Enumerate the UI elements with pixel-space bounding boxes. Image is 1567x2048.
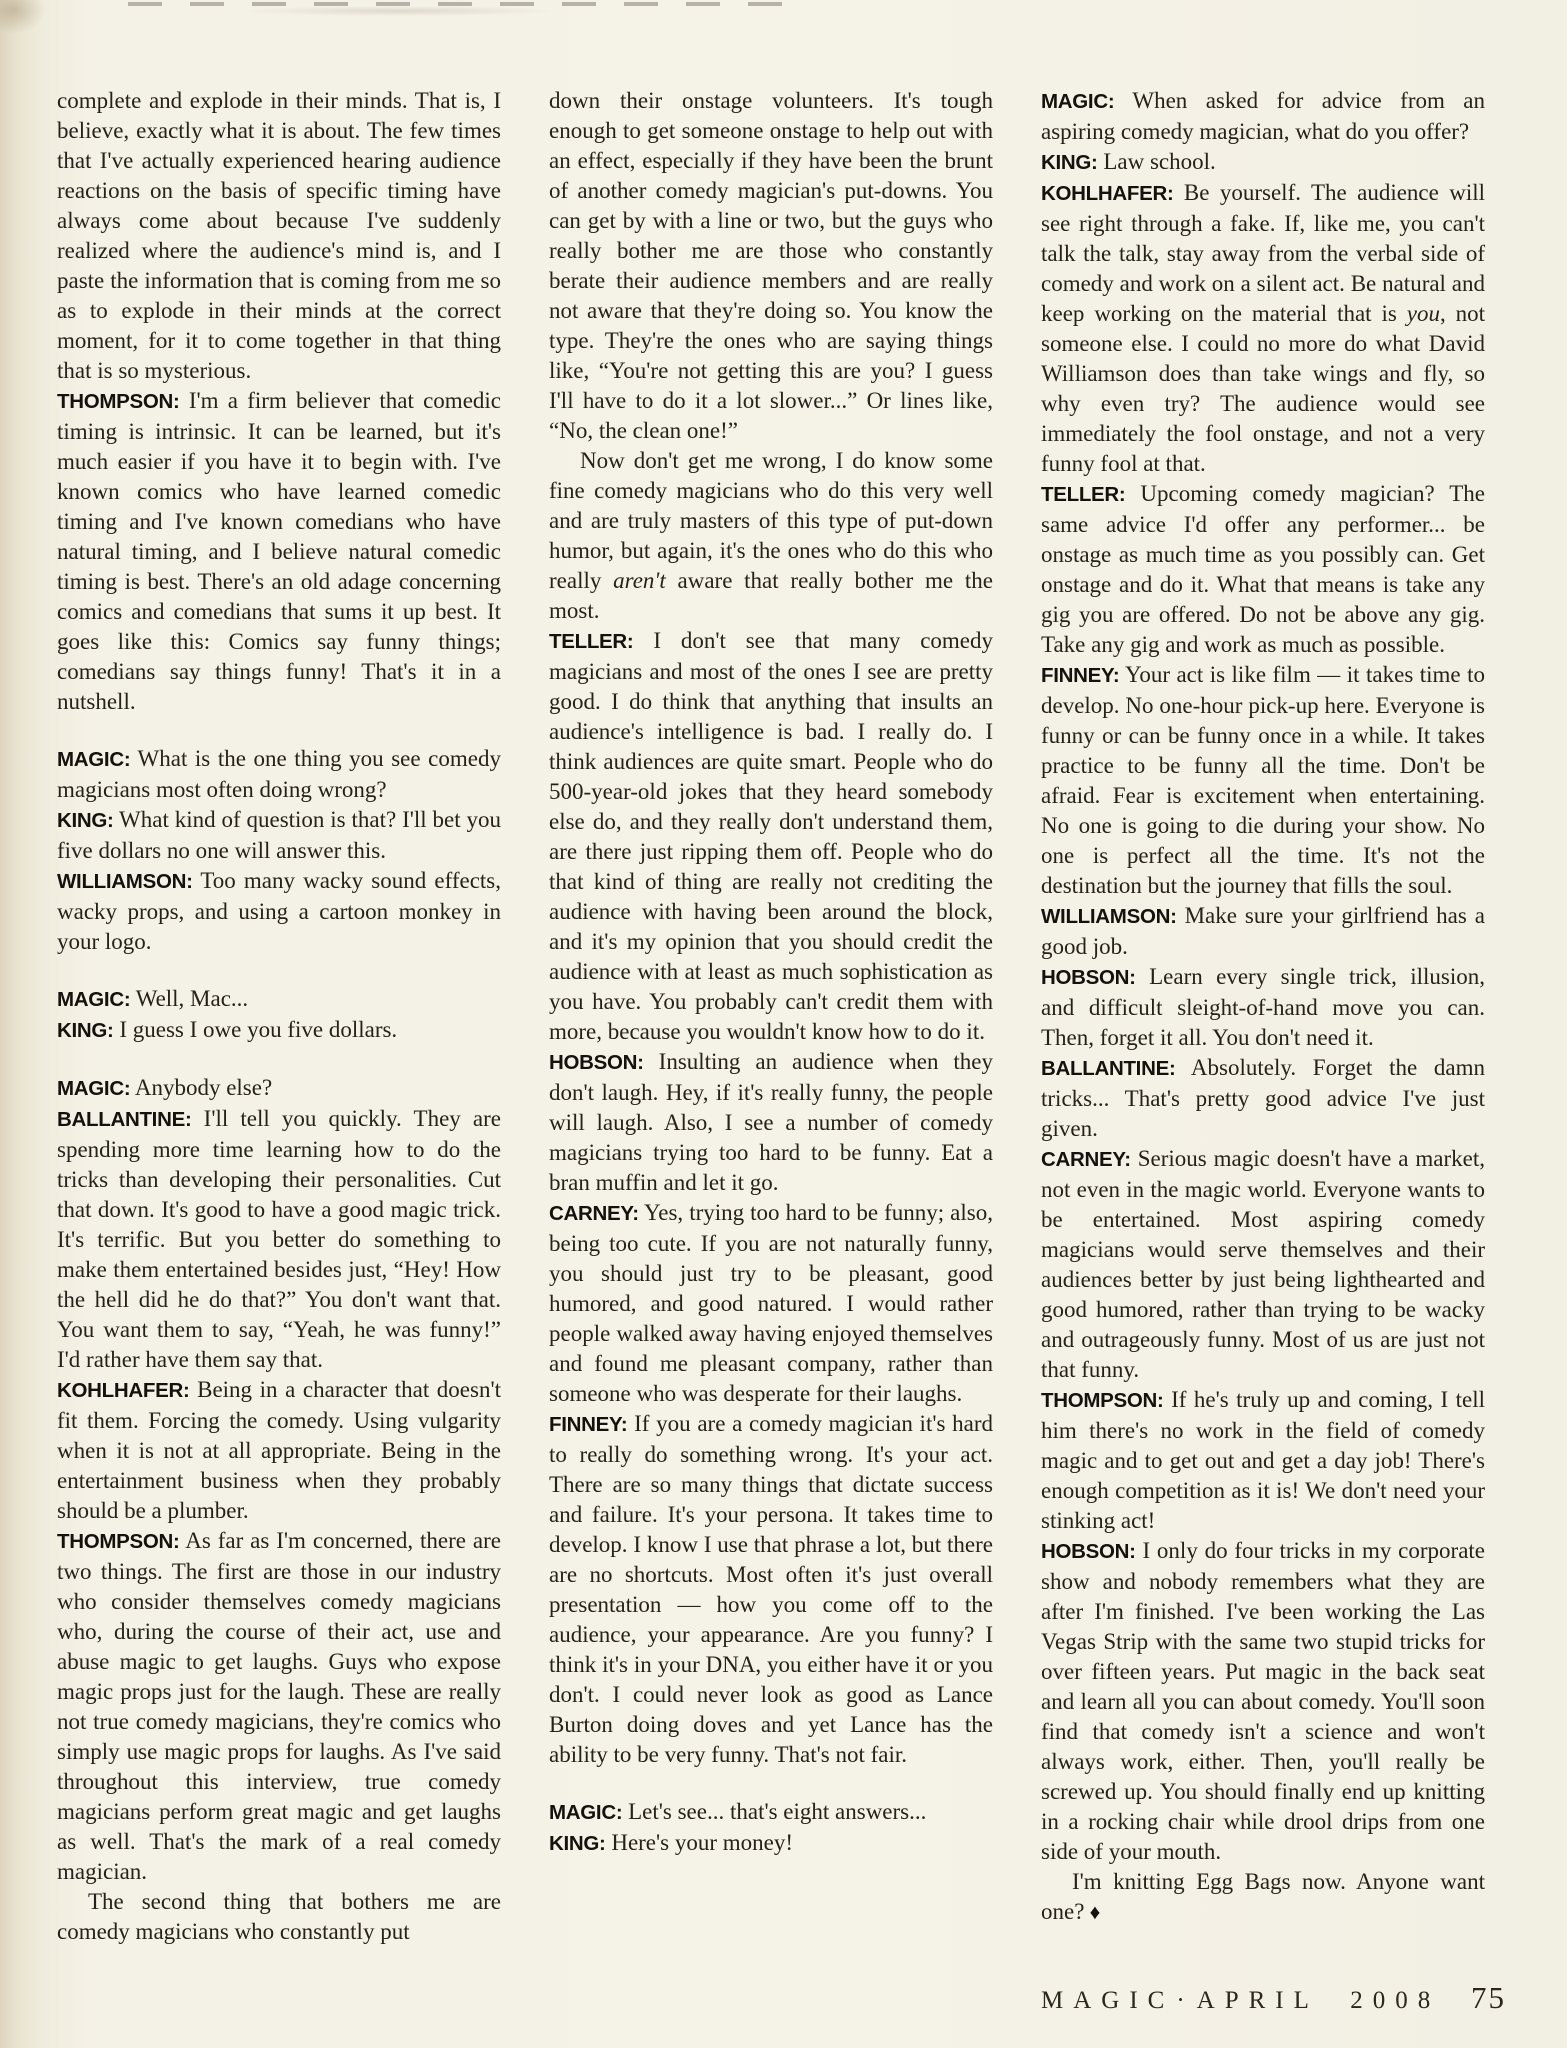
paragraph: MAGIC: What is the one thing you see com… — [57, 744, 501, 805]
paragraph: Now don't get me wrong, I do know some f… — [549, 446, 993, 626]
paragraph-text: complete and explode in their minds. Tha… — [57, 88, 501, 383]
paragraph-text: I guess I owe you five dollars. — [119, 1017, 397, 1042]
speaker-label: MAGIC: — [1041, 90, 1114, 113]
paragraph: THOMPSON: I'm a firm believer that comed… — [57, 386, 501, 717]
speaker-label: CARNEY: — [549, 1202, 639, 1225]
speaker-label: TELLER: — [1041, 483, 1125, 506]
paragraph: KING: What kind of question is that? I'l… — [57, 805, 501, 866]
speaker-label: MAGIC: — [549, 1801, 622, 1824]
italic-text: you — [1407, 301, 1440, 326]
paragraph-text: Here's your money! — [611, 1830, 793, 1855]
paragraph-text: , not someone else. I could no more do w… — [1041, 301, 1485, 476]
paragraph-text: Yes, trying too hard to be funny; also, … — [549, 1200, 993, 1406]
paragraph: CARNEY: Yes, trying too hard to be funny… — [549, 1198, 993, 1409]
paragraph: MAGIC: When asked for advice from an asp… — [1041, 86, 1485, 147]
speaker-label: KING: — [57, 1019, 114, 1042]
speaker-label: KING: — [57, 809, 114, 832]
paragraph-text: Your act is like film — it takes time to… — [1041, 662, 1485, 898]
paragraph-text: Anybody else? — [135, 1075, 272, 1100]
paragraph-text: Law school. — [1103, 149, 1215, 174]
footer-separator-dot: · — [1174, 1987, 1196, 2014]
speaker-label: THOMPSON: — [57, 390, 180, 413]
paragraph: CARNEY: Serious magic doesn't have a mar… — [1041, 1144, 1485, 1385]
end-of-article-diamond-icon: ♦ — [1084, 1900, 1100, 1924]
speaker-label: THOMPSON: — [57, 1530, 180, 1553]
column-2: down their onstage volunteers. It's toug… — [549, 86, 993, 1859]
speaker-label: FINNEY: — [549, 1413, 627, 1436]
paragraph: KING: Law school. — [1041, 147, 1485, 178]
paragraph-text: down their onstage volunteers. It's toug… — [549, 88, 993, 443]
magazine-page: complete and explode in their minds. Tha… — [0, 0, 1567, 2048]
footer-journal-issue: MAGIC·APRIL 2008 — [1041, 1987, 1440, 2015]
paragraph: WILLIAMSON: Too many wacky sound effects… — [57, 866, 501, 957]
paragraph: KOHLHAFER: Being in a character that doe… — [57, 1375, 501, 1526]
paragraph: KOHLHAFER: Be yourself. The audience wil… — [1041, 178, 1485, 479]
speaker-label: BALLANTINE: — [57, 1108, 192, 1131]
paragraph: HOBSON: I only do four tricks in my corp… — [1041, 1536, 1485, 1867]
paragraph-text: I'm knitting Egg Bags now. Anyone want o… — [1041, 1869, 1485, 1924]
scan-artifact-smudge — [250, 6, 550, 16]
italic-text: aren't — [613, 568, 666, 593]
speaker-label: MAGIC: — [57, 988, 130, 1011]
speaker-label: KING: — [1041, 151, 1098, 174]
paragraph: BALLANTINE: I'll tell you quickly. They … — [57, 1104, 501, 1375]
paragraph-text: I'll tell you quickly. They are spending… — [57, 1106, 501, 1372]
paragraph: MAGIC: Well, Mac... — [57, 984, 501, 1015]
page-footer: MAGIC·APRIL 2008 75 — [1041, 1980, 1506, 2016]
paragraph: BALLANTINE: Absolutely. Forget the damn … — [1041, 1053, 1485, 1144]
speaker-label: KOHLHAFER: — [57, 1379, 190, 1402]
paragraph: TELLER: I don't see that many comedy mag… — [549, 626, 993, 1047]
speaker-label: TELLER: — [549, 630, 633, 653]
footer-page-number: 75 — [1471, 1980, 1506, 2016]
paragraph: KING: Here's your money! — [549, 1828, 993, 1859]
footer-journal-title: MAGIC — [1041, 1987, 1174, 2014]
speaker-label: HOBSON: — [1041, 966, 1136, 989]
speaker-label: BALLANTINE: — [1041, 1057, 1176, 1080]
paragraph-text: I don't see that many comedy magicians a… — [549, 628, 993, 1044]
paragraph-text: I'm a firm believer that comedic timing … — [57, 388, 501, 714]
paragraph-text: The second thing that bothers me are com… — [57, 1889, 501, 1944]
scan-artifact-corner-smudge — [0, 0, 46, 34]
paragraph: HOBSON: Insulting an audience when they … — [549, 1047, 993, 1198]
speaker-label: WILLIAMSON: — [57, 870, 193, 893]
paragraph-text: As far as I'm concerned, there are two t… — [57, 1528, 501, 1884]
paragraph: down their onstage volunteers. It's toug… — [549, 86, 993, 446]
paragraph-text: What kind of question is that? I'll bet … — [57, 807, 501, 863]
speaker-label: MAGIC: — [57, 1077, 130, 1100]
paragraph: complete and explode in their minds. Tha… — [57, 86, 501, 386]
paragraph: MAGIC: Anybody else? — [57, 1073, 501, 1104]
paragraph: The second thing that bothers me are com… — [57, 1887, 501, 1947]
footer-issue-date: APRIL 2008 — [1197, 1987, 1441, 2014]
speaker-label: HOBSON: — [1041, 1540, 1136, 1563]
speaker-label: FINNEY: — [1041, 664, 1119, 687]
paragraph-text: Let's see... that's eight answers... — [628, 1799, 926, 1824]
paragraph-text: Well, Mac... — [136, 986, 248, 1011]
speaker-label: MAGIC: — [57, 748, 130, 771]
speaker-label: KOHLHAFER: — [1041, 182, 1174, 205]
paragraph: MAGIC: Let's see... that's eight answers… — [549, 1797, 993, 1828]
speaker-label: KING: — [549, 1832, 606, 1855]
paragraph: THOMPSON: As far as I'm concerned, there… — [57, 1526, 501, 1887]
paragraph-text: Serious magic doesn't have a market, not… — [1041, 1146, 1485, 1382]
speaker-label: THOMPSON: — [1041, 1389, 1164, 1412]
speaker-label: CARNEY: — [1041, 1148, 1131, 1171]
paragraph: THOMPSON: If he's truly up and coming, I… — [1041, 1385, 1485, 1536]
paragraph: WILLIAMSON: Make sure your girlfriend ha… — [1041, 901, 1485, 962]
column-1: complete and explode in their minds. Tha… — [57, 86, 501, 1947]
paragraph-text: I only do four tricks in my corporate sh… — [1041, 1538, 1485, 1864]
paragraph: HOBSON: Learn every single trick, illusi… — [1041, 962, 1485, 1053]
paragraph: FINNEY: If you are a comedy magician it'… — [549, 1409, 993, 1770]
paragraph: TELLER: Upcoming comedy magician? The sa… — [1041, 479, 1485, 660]
column-3: MAGIC: When asked for advice from an asp… — [1041, 86, 1485, 1927]
paragraph: KING: I guess I owe you five dollars. — [57, 1015, 501, 1046]
speaker-label: WILLIAMSON: — [1041, 905, 1177, 928]
speaker-label: HOBSON: — [549, 1051, 644, 1074]
paragraph: I'm knitting Egg Bags now. Anyone want o… — [1041, 1867, 1485, 1927]
paragraph-text: Upcoming comedy magician? The same advic… — [1041, 481, 1485, 657]
paragraph: FINNEY: Your act is like film — it takes… — [1041, 660, 1485, 901]
paragraph-text: If you are a comedy magician it's hard t… — [549, 1411, 993, 1767]
